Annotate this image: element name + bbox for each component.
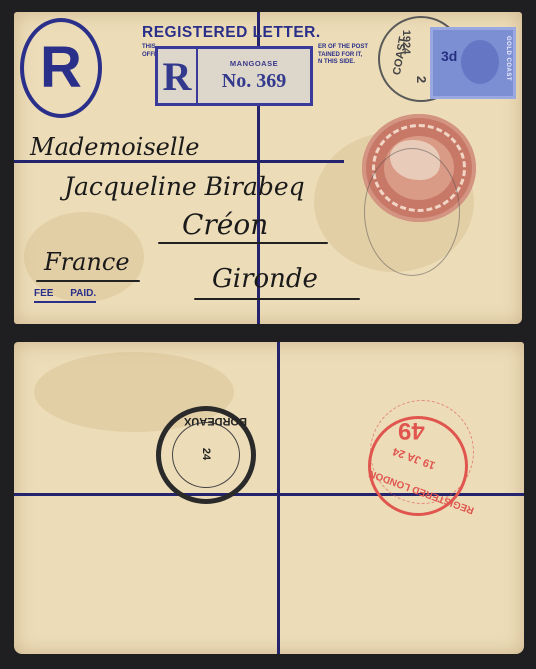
stamp-value: 3d (441, 48, 457, 64)
country-underline (36, 280, 140, 282)
registration-number: No. 369 (222, 70, 286, 93)
address-country: France (44, 248, 130, 276)
fine-print-line: ER OF THE POST (318, 44, 368, 52)
fine-print-line: TAINED FOR IT, (318, 52, 368, 60)
bordeaux-postmark-date: 24 (200, 448, 212, 460)
address-underline (158, 242, 328, 244)
blue-cross-line-vertical (277, 342, 280, 654)
stamp-country: GOLD COAST (505, 36, 511, 81)
address-line-1: Mademoiselle (30, 133, 199, 161)
address-line-3: Créon (182, 208, 268, 241)
registration-label-r: R (158, 49, 198, 103)
front-postmark-day: 2 (414, 76, 429, 83)
king-head-icon (461, 40, 499, 84)
fee-paid-label: FEE PAID. (34, 288, 96, 303)
red-postmark-number: 49 (398, 416, 425, 444)
registered-r-circle: R (20, 18, 102, 118)
front-postmark-date: 1924 (400, 30, 412, 54)
registered-letter-title: REGISTERED LETTER. (142, 24, 321, 42)
registered-r-letter: R (40, 39, 82, 97)
faint-postmark (364, 148, 460, 276)
address-line-4: Gironde (212, 264, 318, 294)
gold-coast-stamp: 3d GOLD COAST (430, 27, 516, 99)
bordeaux-postmark-text: BORDEAUX (184, 415, 247, 427)
fine-print-line: N THIS SIDE. (318, 59, 368, 67)
address-underline (194, 298, 360, 300)
fine-print-right: ER OF THE POST TAINED FOR IT, N THIS SID… (318, 44, 368, 67)
address-line-2: Jacqueline Birabeq (64, 172, 305, 201)
registration-office: MANGOASE (230, 59, 278, 68)
registration-label: R MANGOASE No. 369 (155, 46, 313, 106)
